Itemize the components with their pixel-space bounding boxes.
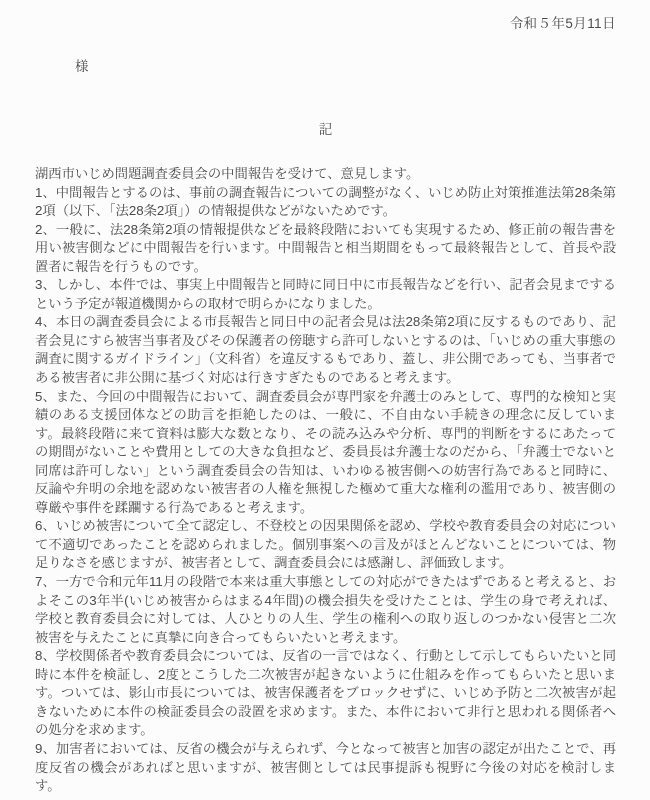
item-6: 6、いじめ被害について全て認定し、不登校との因果関係を認め、学校や教育委員会の対… <box>35 517 616 573</box>
item-7: 7、一方で令和元年11月の段階で本来は重大事態としての対応ができたはずであると考… <box>35 573 616 647</box>
item-5: 5、また、今回の中間報告において、調査委員会が専門家を弁護士のみとして、専門的な… <box>35 388 616 518</box>
item-4: 4、本日の調査委員会による市長報告と同日中の記者会見は法28条第2項に反するもの… <box>35 313 616 387</box>
document-page: 令和５年5月11日 様 記 湖西市いじめ問題調査委員会の中間報告を受けて、意見し… <box>0 0 650 800</box>
item-8: 8、学校関係者や教育委員会については、反省の一言ではなく、行動として示してもらい… <box>35 647 616 740</box>
intro-line: 湖西市いじめ問題調査委員会の中間報告を受けて、意見します。 <box>35 165 616 184</box>
addressee: 様 <box>75 57 616 76</box>
heading-ki: 記 <box>35 120 616 139</box>
document-body: 湖西市いじめ問題調査委員会の中間報告を受けて、意見します。 1、中間報告とするの… <box>35 165 616 796</box>
item-1: 1、中間報告とするのは、事前の調査報告についての調整がなく、いじめ防止対策推進法… <box>35 184 616 221</box>
item-3: 3、しかし、本件では、事実上中間報告と同時に同日中に市長報告などを行い、記者会見… <box>35 276 616 313</box>
item-2: 2、一般に、法28条第2項の情報提供などを最終段階においても実現するため、修正前… <box>35 221 616 277</box>
item-9: 9、加害者においては、反省の機会が与えられず、今となって被害と加害の認定が出たこ… <box>35 740 616 796</box>
document-date: 令和５年5月11日 <box>35 14 616 33</box>
